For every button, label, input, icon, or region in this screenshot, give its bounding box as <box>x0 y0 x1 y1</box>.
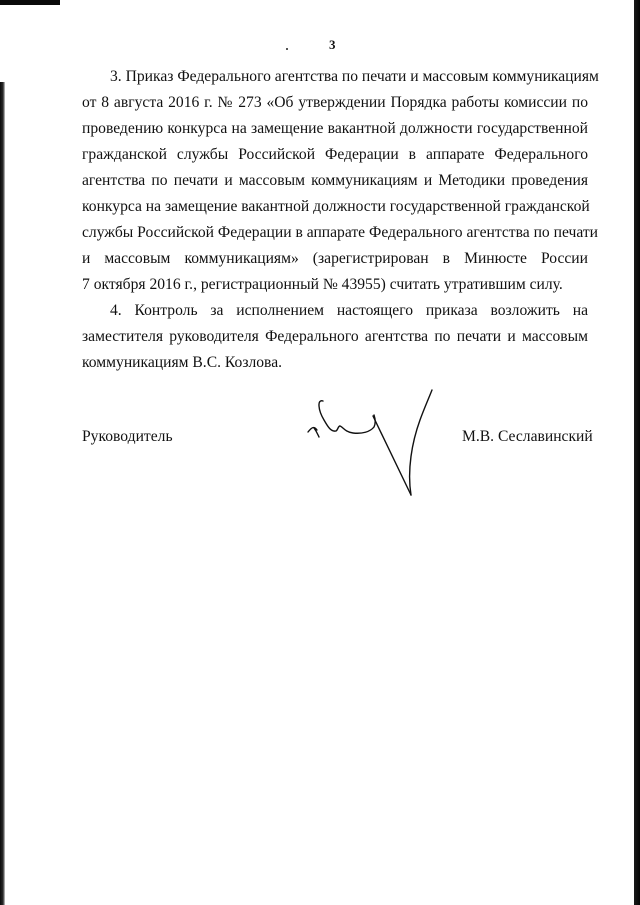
handwritten-signature <box>290 380 450 510</box>
text-line: проведению конкурса на замещение вакантн… <box>82 116 588 142</box>
paragraph-4: 4. Контроль за исполнением настоящего пр… <box>82 298 588 376</box>
scan-edge-top <box>0 0 60 5</box>
scan-speck <box>286 48 288 50</box>
page-number: 3 <box>329 37 336 53</box>
text-line: и массовым коммуникациям» (зарегистриров… <box>82 246 588 272</box>
text-line: коммуникациям В.С. Козлова. <box>82 350 588 376</box>
document-page: 3 3. Приказ Федерального агентства по пе… <box>0 0 640 905</box>
text-line: 3. Приказ Федерального агентства по печа… <box>82 64 588 90</box>
signatory-name: М.В. Сеславинский <box>462 428 593 446</box>
signatory-title: Руководитель <box>82 428 173 446</box>
text-line: агентства по печати и массовым коммуника… <box>82 168 588 194</box>
paragraph-3: 3. Приказ Федерального агентства по печа… <box>82 64 588 298</box>
text-line: от 8 августа 2016 г. № 273 «Об утвержден… <box>82 90 588 116</box>
text-line: гражданской службы Российской Федерации … <box>82 142 588 168</box>
text-line: 4. Контроль за исполнением настоящего пр… <box>82 298 588 324</box>
text-line: 7 октября 2016 г., регистрационный № 439… <box>82 272 588 298</box>
text-line: заместителя руководителя Федерального аг… <box>82 324 588 350</box>
text-line: службы Российской Федерации в аппарате Ф… <box>82 220 588 246</box>
scan-edge-left <box>0 82 5 905</box>
text-line: конкурса на замещение вакантной должност… <box>82 194 588 220</box>
scan-edge-right <box>634 0 640 905</box>
